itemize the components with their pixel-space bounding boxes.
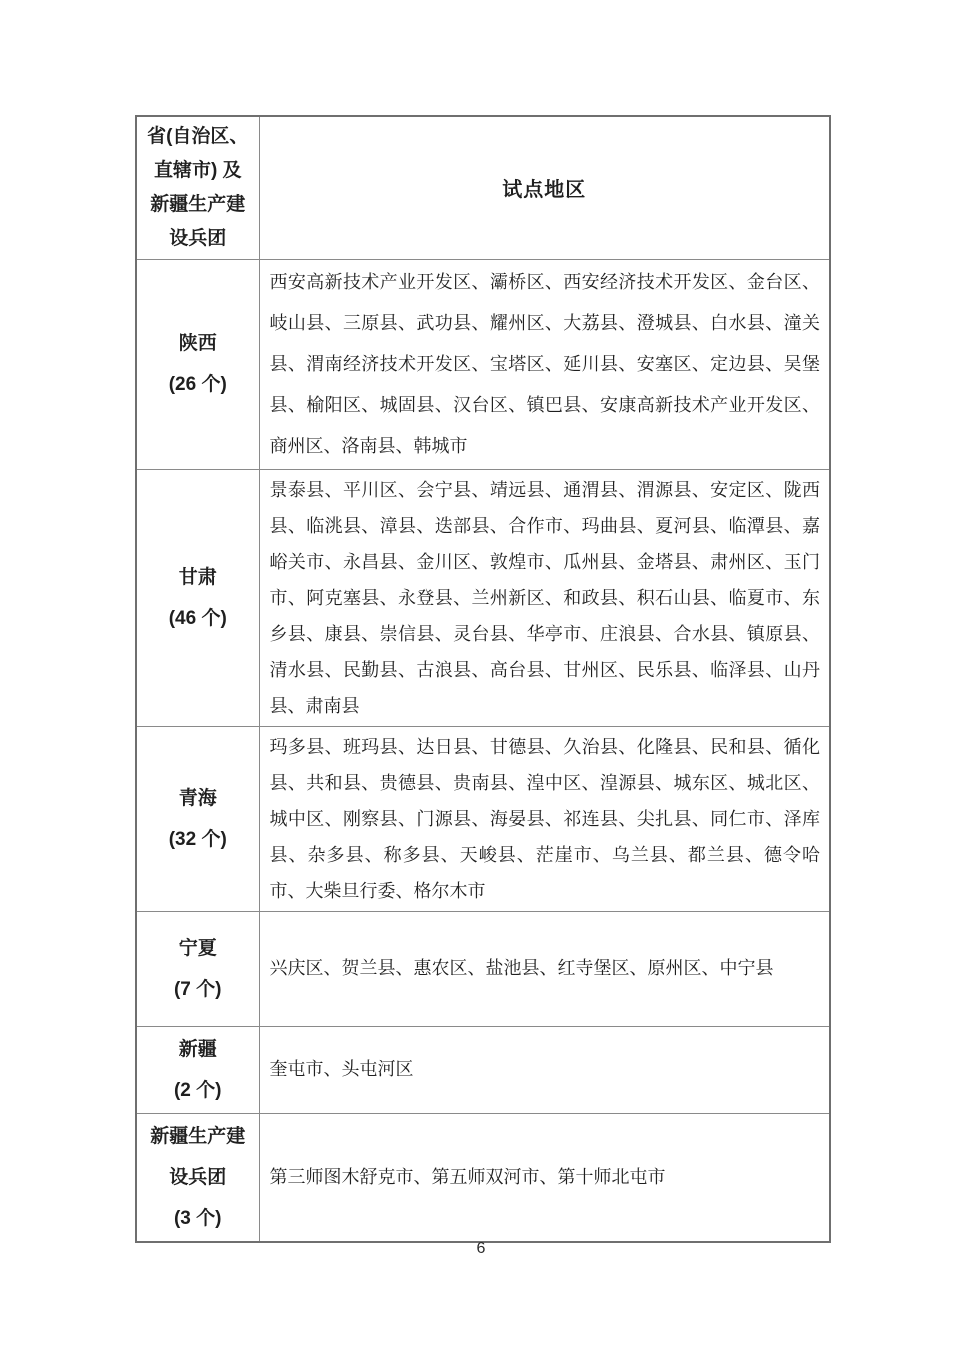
table-row-shaanxi: 陕西 (26 个) 西安高新技术产业开发区、灞桥区、西安经济技术开发区、金台区、… bbox=[136, 259, 830, 469]
pilot-areas-header-cell: 试点地区 bbox=[259, 116, 830, 259]
table-row-gansu: 甘肃 (46 个) 景泰县、平川区、会宁县、靖远县、通渭县、渭源县、安定区、陇西… bbox=[136, 469, 830, 726]
table-row-xinjiang: 新疆 (2 个) 奎屯市、头屯河区 bbox=[136, 1026, 830, 1113]
table-header-row: 省(自治区、 直辖市) 及 新疆生产建 设兵团 试点地区 bbox=[136, 116, 830, 259]
table-row-bingtuan: 新疆生产建设兵团 (3 个) 第三师图木舒克市、第五师双河市、第十师北屯市 bbox=[136, 1113, 830, 1242]
province-name: 新疆生产建设兵团 bbox=[141, 1116, 255, 1198]
province-count: (7 个) bbox=[141, 969, 255, 1010]
province-name: 甘肃 bbox=[141, 557, 255, 598]
province-cell: 甘肃 (46 个) bbox=[136, 469, 259, 726]
province-cell: 新疆 (2 个) bbox=[136, 1026, 259, 1113]
pilot-areas-table: 省(自治区、 直辖市) 及 新疆生产建 设兵团 试点地区 陕西 (26 个) 西… bbox=[135, 115, 831, 1243]
province-name: 宁夏 bbox=[141, 928, 255, 969]
province-header-line: 新疆生产建 bbox=[139, 188, 257, 222]
province-name: 陕西 bbox=[141, 323, 255, 364]
table-row-qinghai: 青海 (32 个) 玛多县、班玛县、达日县、甘德县、久治县、化隆县、民和县、循化… bbox=[136, 726, 830, 911]
province-cell: 陕西 (26 个) bbox=[136, 259, 259, 469]
province-name: 新疆 bbox=[141, 1029, 255, 1070]
page-number: 6 bbox=[0, 1240, 962, 1258]
province-count: (26 个) bbox=[141, 364, 255, 405]
province-count: (2 个) bbox=[141, 1070, 255, 1111]
province-name: 青海 bbox=[141, 778, 255, 819]
province-cell: 青海 (32 个) bbox=[136, 726, 259, 911]
province-count: (3 个) bbox=[141, 1198, 255, 1239]
areas-cell: 兴庆区、贺兰县、惠农区、盐池县、红寺堡区、原州区、中宁县 bbox=[259, 911, 830, 1026]
province-cell: 宁夏 (7 个) bbox=[136, 911, 259, 1026]
province-count: (46 个) bbox=[141, 598, 255, 639]
areas-cell: 景泰县、平川区、会宁县、靖远县、通渭县、渭源县、安定区、陇西县、临洮县、漳县、迭… bbox=[259, 469, 830, 726]
areas-cell: 玛多县、班玛县、达日县、甘德县、久治县、化隆县、民和县、循化县、共和县、贵德县、… bbox=[259, 726, 830, 911]
province-header-line: 省(自治区、 bbox=[139, 120, 257, 154]
areas-cell: 奎屯市、头屯河区 bbox=[259, 1026, 830, 1113]
areas-cell: 西安高新技术产业开发区、灞桥区、西安经济技术开发区、金台区、岐山县、三原县、武功… bbox=[259, 259, 830, 469]
province-cell: 新疆生产建设兵团 (3 个) bbox=[136, 1113, 259, 1242]
province-header-line: 设兵团 bbox=[139, 222, 257, 256]
province-header-line: 直辖市) 及 bbox=[139, 154, 257, 188]
table-row-ningxia: 宁夏 (7 个) 兴庆区、贺兰县、惠农区、盐池县、红寺堡区、原州区、中宁县 bbox=[136, 911, 830, 1026]
document-page: 省(自治区、 直辖市) 及 新疆生产建 设兵团 试点地区 陕西 (26 个) 西… bbox=[0, 0, 962, 1360]
areas-cell: 第三师图木舒克市、第五师双河市、第十师北屯市 bbox=[259, 1113, 830, 1242]
province-count: (32 个) bbox=[141, 819, 255, 860]
province-header-cell: 省(自治区、 直辖市) 及 新疆生产建 设兵团 bbox=[136, 116, 259, 259]
